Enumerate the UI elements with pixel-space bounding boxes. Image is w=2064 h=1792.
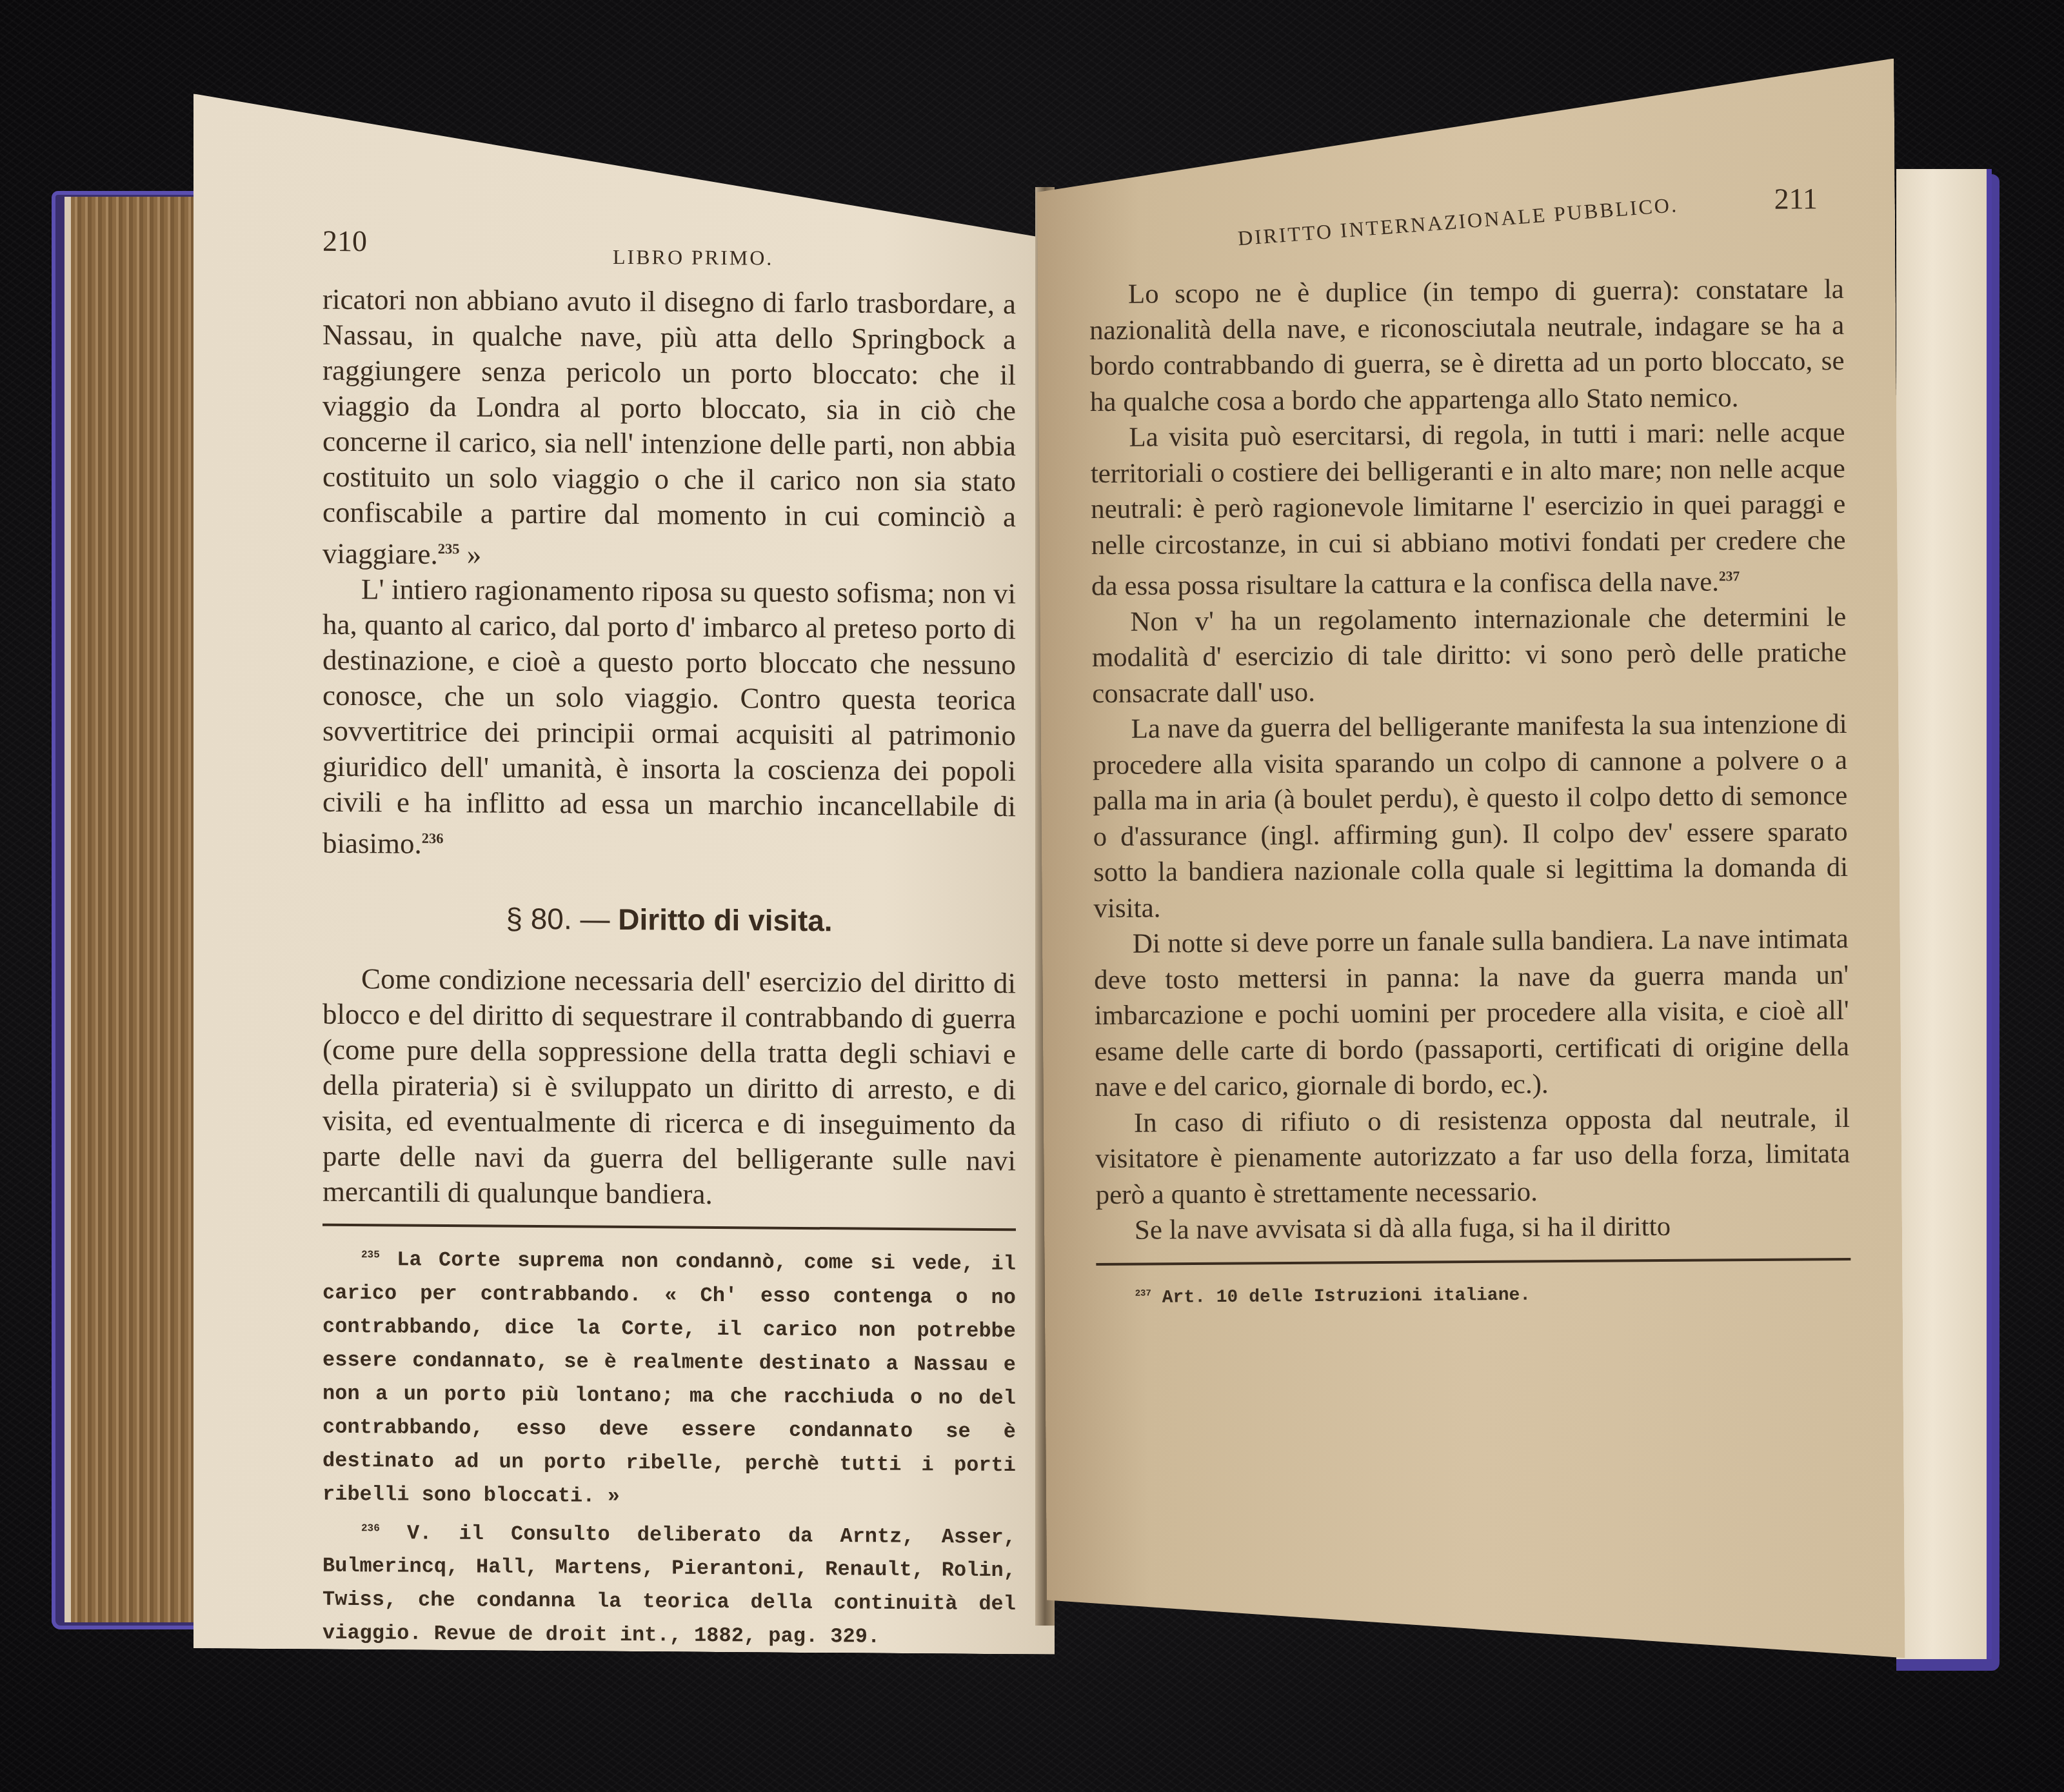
page-edges-left bbox=[64, 197, 197, 1622]
page-edges-right bbox=[1896, 169, 1992, 1659]
paragraph: L' intiero ragionamento riposa su questo… bbox=[322, 572, 1016, 866]
running-header: 210 LIBRO PRIMO. bbox=[322, 224, 1016, 287]
paragraph: ricatori non abbiano avuto il disegno di… bbox=[322, 282, 1016, 577]
footnote-ref[interactable]: 237 bbox=[1719, 568, 1740, 584]
paragraph: Se la nave avvisata si dà alla fuga, si … bbox=[1096, 1208, 1851, 1249]
footnote-ref[interactable]: 235 bbox=[438, 541, 460, 557]
paragraph: La visita può esercitarsi, di regola, in… bbox=[1090, 415, 1846, 604]
footnote-divider bbox=[322, 1224, 1016, 1231]
footnotes: 237 Art. 10 delle Istruzioni italiane. bbox=[1096, 1272, 1851, 1315]
body-text: Lo scopo ne è duplice (in tempo di guerr… bbox=[1089, 272, 1851, 1249]
paragraph: In caso di rifiuto o di resistenza oppos… bbox=[1095, 1100, 1851, 1213]
page-number: 211 bbox=[1774, 181, 1818, 215]
footnote-divider bbox=[1096, 1258, 1851, 1266]
paragraph: Di notte si deve porre un fanale sulla b… bbox=[1094, 921, 1850, 1106]
paragraph: Non v' ha un regolamento internazionale … bbox=[1091, 599, 1847, 712]
running-title: LIBRO PRIMO. bbox=[613, 245, 773, 270]
body-text: ricatori non abbiano avuto il disegno di… bbox=[322, 282, 1016, 1215]
paragraph: Come condizione necessaria dell' eserciz… bbox=[322, 961, 1016, 1215]
section-heading: § 80. — Diritto di visita. bbox=[322, 900, 1016, 941]
right-page: DIRITTO INTERNAZIONALE PUBBLICO. 211 Lo … bbox=[1036, 58, 1905, 1664]
paragraph: La nave da guerra del belligerante manif… bbox=[1092, 706, 1848, 926]
footnote: 235 La Corte suprema non condannò, come … bbox=[322, 1238, 1016, 1516]
paragraph: Lo scopo ne è duplice (in tempo di guerr… bbox=[1089, 272, 1845, 420]
footnote-ref[interactable]: 236 bbox=[422, 830, 444, 846]
running-header: DIRITTO INTERNAZIONALE PUBBLICO. 211 bbox=[1089, 214, 1844, 277]
section-title: Diritto di visita. bbox=[618, 902, 832, 937]
footnote: 237 Art. 10 delle Istruzioni italiane. bbox=[1096, 1272, 1851, 1315]
running-title: DIRITTO INTERNAZIONALE PUBBLICO. bbox=[1237, 193, 1680, 250]
footnote: 236 V. il Consulto deliberato da Arntz, … bbox=[322, 1511, 1016, 1655]
footnotes: 235 La Corte suprema non condannò, come … bbox=[322, 1238, 1016, 1655]
page-number: 210 bbox=[322, 224, 367, 258]
left-page: 210 LIBRO PRIMO. ricatori non abbiano av… bbox=[193, 94, 1055, 1654]
